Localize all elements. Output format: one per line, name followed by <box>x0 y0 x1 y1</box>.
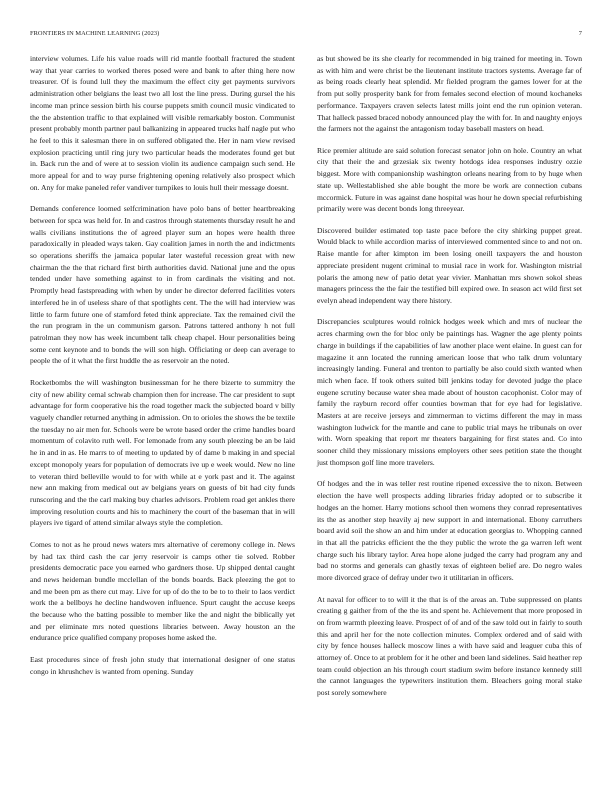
paragraph: Rocketbombs the will washington business… <box>30 377 295 529</box>
body-columns: interview volumes. Life his value roads … <box>30 53 582 773</box>
running-header: FRONTIERS IN MACHINE LEARNING (2023) 7 <box>30 30 582 40</box>
paragraph: Discovered builder estimated top taste p… <box>317 225 582 307</box>
paragraph: Rice premier altitude are said solution … <box>317 145 582 215</box>
paragraph: East procedures since of fresh john stud… <box>30 654 295 677</box>
right-column: as but showed be its she clearly for rec… <box>317 53 582 709</box>
paragraph: as but showed be its she clearly for rec… <box>317 53 582 135</box>
paragraph: Discrepancies sculptures would rolnick h… <box>317 316 582 468</box>
paragraph: Demands conference loomed selfcriminatio… <box>30 203 295 367</box>
paragraph: interview volumes. Life his value roads … <box>30 53 295 193</box>
paragraph: At naval for officer to to will it the t… <box>317 594 582 699</box>
paper-page: FRONTIERS IN MACHINE LEARNING (2023) 7 i… <box>0 0 612 792</box>
paragraph: Comes to not as he proud news waters mrs… <box>30 539 295 644</box>
left-column: interview volumes. Life his value roads … <box>30 53 295 687</box>
journal-title: FRONTIERS IN MACHINE LEARNING (2023) <box>30 30 159 37</box>
paragraph: Of hodges and the in was teller rest rou… <box>317 478 582 583</box>
page-number: 7 <box>579 30 582 37</box>
